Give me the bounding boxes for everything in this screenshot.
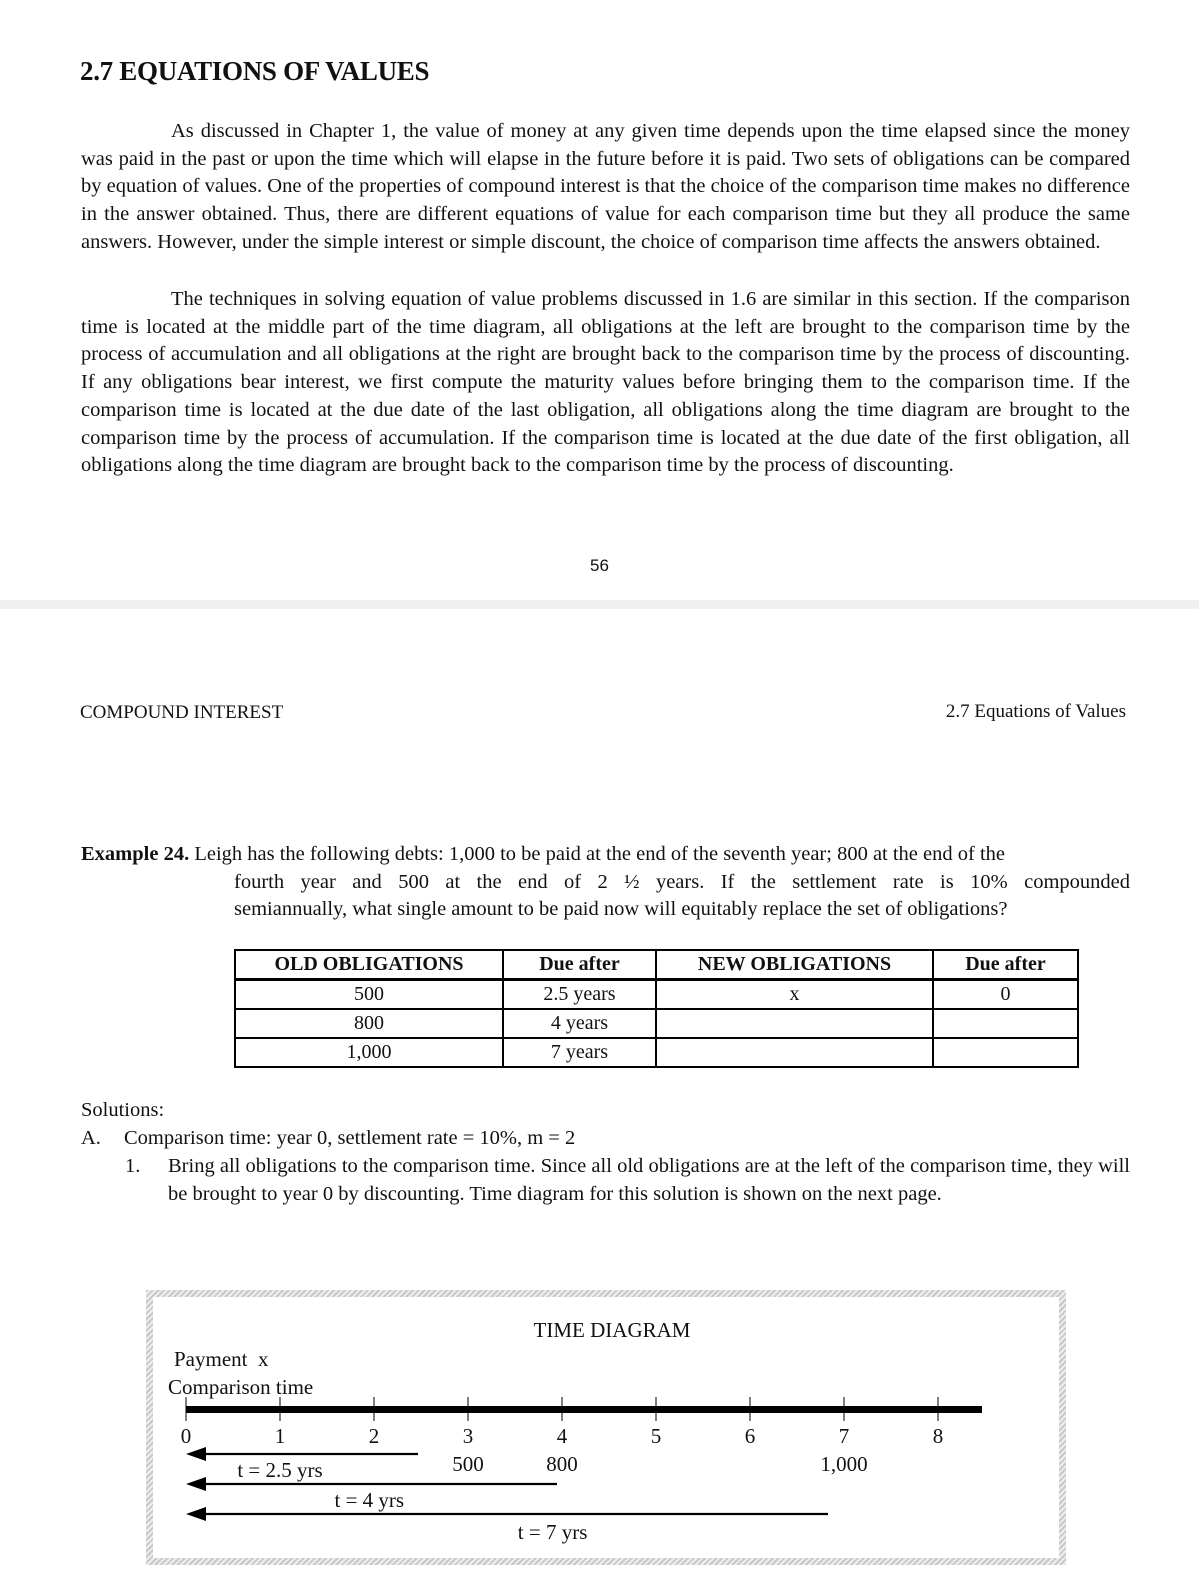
col-new-obligations: NEW OBLIGATIONS — [656, 950, 933, 980]
step-1-text: Bring all obligations to the comparison … — [168, 1152, 1130, 1208]
section-title: 2.7 EQUATIONS OF VALUES — [80, 56, 429, 87]
tick-label: 7 — [839, 1424, 850, 1448]
arrow-time-label: t = 2.5 yrs — [237, 1458, 322, 1482]
arrow-head-left-icon — [186, 1447, 206, 1461]
timeline: 0123456785008001,000t = 2.5 yrst = 4 yrs… — [181, 1397, 982, 1544]
solutions-heading: Solutions: — [81, 1096, 164, 1124]
table-row: 1,000 7 years — [235, 1038, 1078, 1067]
intro-paragraph: As discussed in Chapter 1, the value of … — [81, 118, 1130, 257]
tick-label: 6 — [745, 1424, 756, 1448]
example-line-3: semiannually, what single amount to be p… — [81, 896, 1130, 924]
cell — [933, 1009, 1078, 1038]
timeline-bar — [186, 1406, 982, 1413]
comparison-time-label: Comparison time — [168, 1375, 313, 1399]
example-24: Example 24. Leigh has the following debt… — [81, 841, 1130, 924]
tick-label: 5 — [651, 1424, 662, 1448]
tick-label: 4 — [557, 1424, 568, 1448]
tick-label: 1 — [275, 1424, 286, 1448]
obligation-amount: 800 — [546, 1452, 578, 1476]
arrow-time-label: t = 7 yrs — [518, 1520, 588, 1544]
cell: 500 — [235, 980, 503, 1010]
example-line-1: Leigh has the following debts: 1,000 to … — [194, 841, 1005, 869]
col-old-obligations: OLD OBLIGATIONS — [235, 950, 503, 980]
tick-label: 0 — [181, 1424, 192, 1448]
cell: 800 — [235, 1009, 503, 1038]
obligations-table: OLD OBLIGATIONS Due after NEW OBLIGATION… — [234, 949, 1079, 1068]
cell — [656, 1038, 933, 1067]
cell: 4 years — [503, 1009, 656, 1038]
cell — [656, 1009, 933, 1038]
step-1-number: 1. — [125, 1152, 140, 1180]
obligation-amount: 500 — [452, 1452, 484, 1476]
arrow-time-label: t = 4 yrs — [335, 1488, 405, 1512]
page-separator — [0, 600, 1199, 609]
cell: 7 years — [503, 1038, 656, 1067]
col-new-due-after: Due after — [933, 950, 1078, 980]
solution-a-letter: A. — [81, 1124, 101, 1152]
cell: x — [656, 980, 933, 1010]
table-row: 500 2.5 years x 0 — [235, 980, 1078, 1010]
arrow-head-left-icon — [186, 1507, 206, 1521]
time-diagram: TIME DIAGRAM Payment x Comparison time 0… — [146, 1290, 1066, 1565]
tick-label: 8 — [933, 1424, 944, 1448]
tick-label: 3 — [463, 1424, 474, 1448]
time-diagram-canvas: TIME DIAGRAM Payment x Comparison time 0… — [153, 1297, 1059, 1558]
page-number: 56 — [0, 556, 1199, 576]
example-label: Example 24. — [81, 841, 189, 869]
payment-label: Payment x — [174, 1347, 269, 1371]
cell — [933, 1038, 1078, 1067]
arrow-head-left-icon — [186, 1477, 206, 1491]
example-line-2: fourth year and 500 at the end of 2 ½ ye… — [81, 869, 1130, 897]
table-row: 800 4 years — [235, 1009, 1078, 1038]
cell: 2.5 years — [503, 980, 656, 1010]
obligation-amount: 1,000 — [820, 1452, 867, 1476]
cell: 1,000 — [235, 1038, 503, 1067]
time-diagram-title: TIME DIAGRAM — [534, 1318, 691, 1342]
table-header-row: OLD OBLIGATIONS Due after NEW OBLIGATION… — [235, 950, 1078, 980]
running-header-left: COMPOUND INTEREST — [80, 702, 283, 724]
solution-a-text: Comparison time: year 0, settlement rate… — [124, 1124, 575, 1152]
cell: 0 — [933, 980, 1078, 1010]
running-header-right: 2.7 Equations of Values — [946, 701, 1126, 723]
techniques-paragraph: The techniques in solving equation of va… — [81, 286, 1130, 480]
tick-label: 2 — [369, 1424, 380, 1448]
col-old-due-after: Due after — [503, 950, 656, 980]
